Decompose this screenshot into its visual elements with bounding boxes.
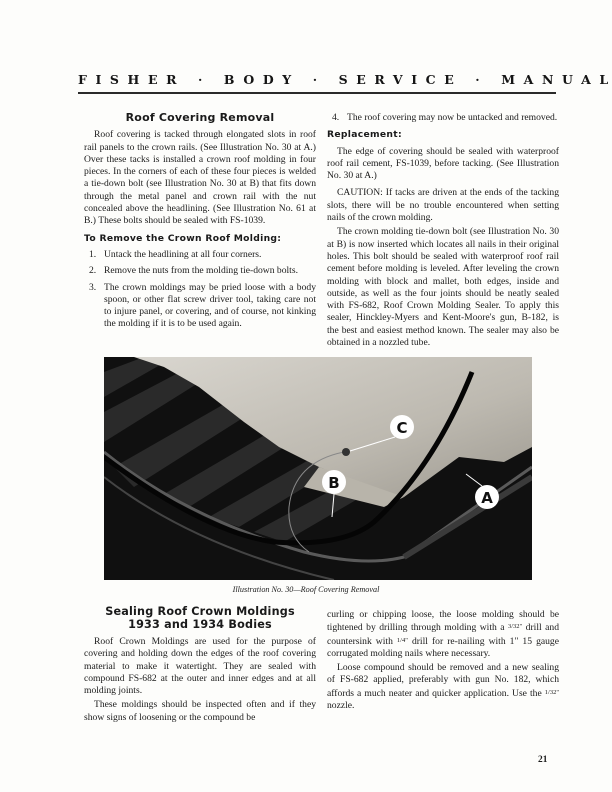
header-rule bbox=[78, 92, 556, 94]
illustration-photo-roof: C B A bbox=[104, 357, 532, 580]
subheading-remove-molding: To Remove the Crown Roof Molding: bbox=[84, 233, 316, 245]
removal-steps: 1.Untack the headlining at all four corn… bbox=[84, 249, 316, 331]
sealing-paragraph: Roof Crown Moldings are used for the pur… bbox=[84, 636, 316, 697]
running-head: FISHER · BODY · SERVICE · MANUAL bbox=[78, 72, 556, 87]
step-item: 3.The crown moldings may be pried loose … bbox=[84, 282, 316, 331]
step-item: 1.Untack the headlining at all four corn… bbox=[84, 249, 316, 261]
svg-text:A: A bbox=[481, 489, 493, 507]
svg-text:B: B bbox=[328, 474, 339, 492]
section-title-roof-covering-removal: Roof Covering Removal bbox=[84, 112, 316, 124]
caution-paragraph: CAUTION: If tacks are driven at the ends… bbox=[327, 187, 559, 224]
left-column-bottom: Sealing Roof Crown Moldings 1933 and 193… bbox=[84, 605, 316, 726]
intro-paragraph: Roof covering is tacked through elongate… bbox=[84, 129, 316, 227]
step-item: 4.The roof covering may now be untacked … bbox=[327, 112, 559, 124]
right-column-bottom: curling or chipping loose, the loose mol… bbox=[327, 609, 559, 714]
step-item: 2.Remove the nuts from the molding tie-d… bbox=[84, 265, 316, 277]
manual-page: FISHER · BODY · SERVICE · MANUAL Roof Co… bbox=[0, 0, 612, 792]
section-title-sealing: Sealing Roof Crown Moldings 1933 and 193… bbox=[84, 605, 316, 631]
svg-text:C: C bbox=[396, 419, 407, 437]
sealing-paragraph-continued: curling or chipping loose, the loose mol… bbox=[327, 609, 559, 660]
sealing-paragraph: Loose compound should be removed and a n… bbox=[327, 662, 559, 712]
replacement-heading: Replacement: bbox=[327, 129, 559, 141]
replacement-paragraph: The crown molding tie-down bolt (see Ill… bbox=[327, 226, 559, 349]
removal-steps-continued: 4.The roof covering may now be untacked … bbox=[327, 112, 559, 124]
right-column: 4.The roof covering may now be untacked … bbox=[327, 112, 559, 351]
illustration-caption: Illustration No. 30—Roof Covering Remova… bbox=[0, 585, 612, 594]
replacement-paragraph: The edge of covering should be sealed wi… bbox=[327, 146, 559, 183]
sealing-paragraph: These moldings should be inspected often… bbox=[84, 699, 316, 724]
page-number: 21 bbox=[538, 755, 547, 765]
left-column: Roof Covering Removal Roof covering is t… bbox=[84, 112, 316, 335]
